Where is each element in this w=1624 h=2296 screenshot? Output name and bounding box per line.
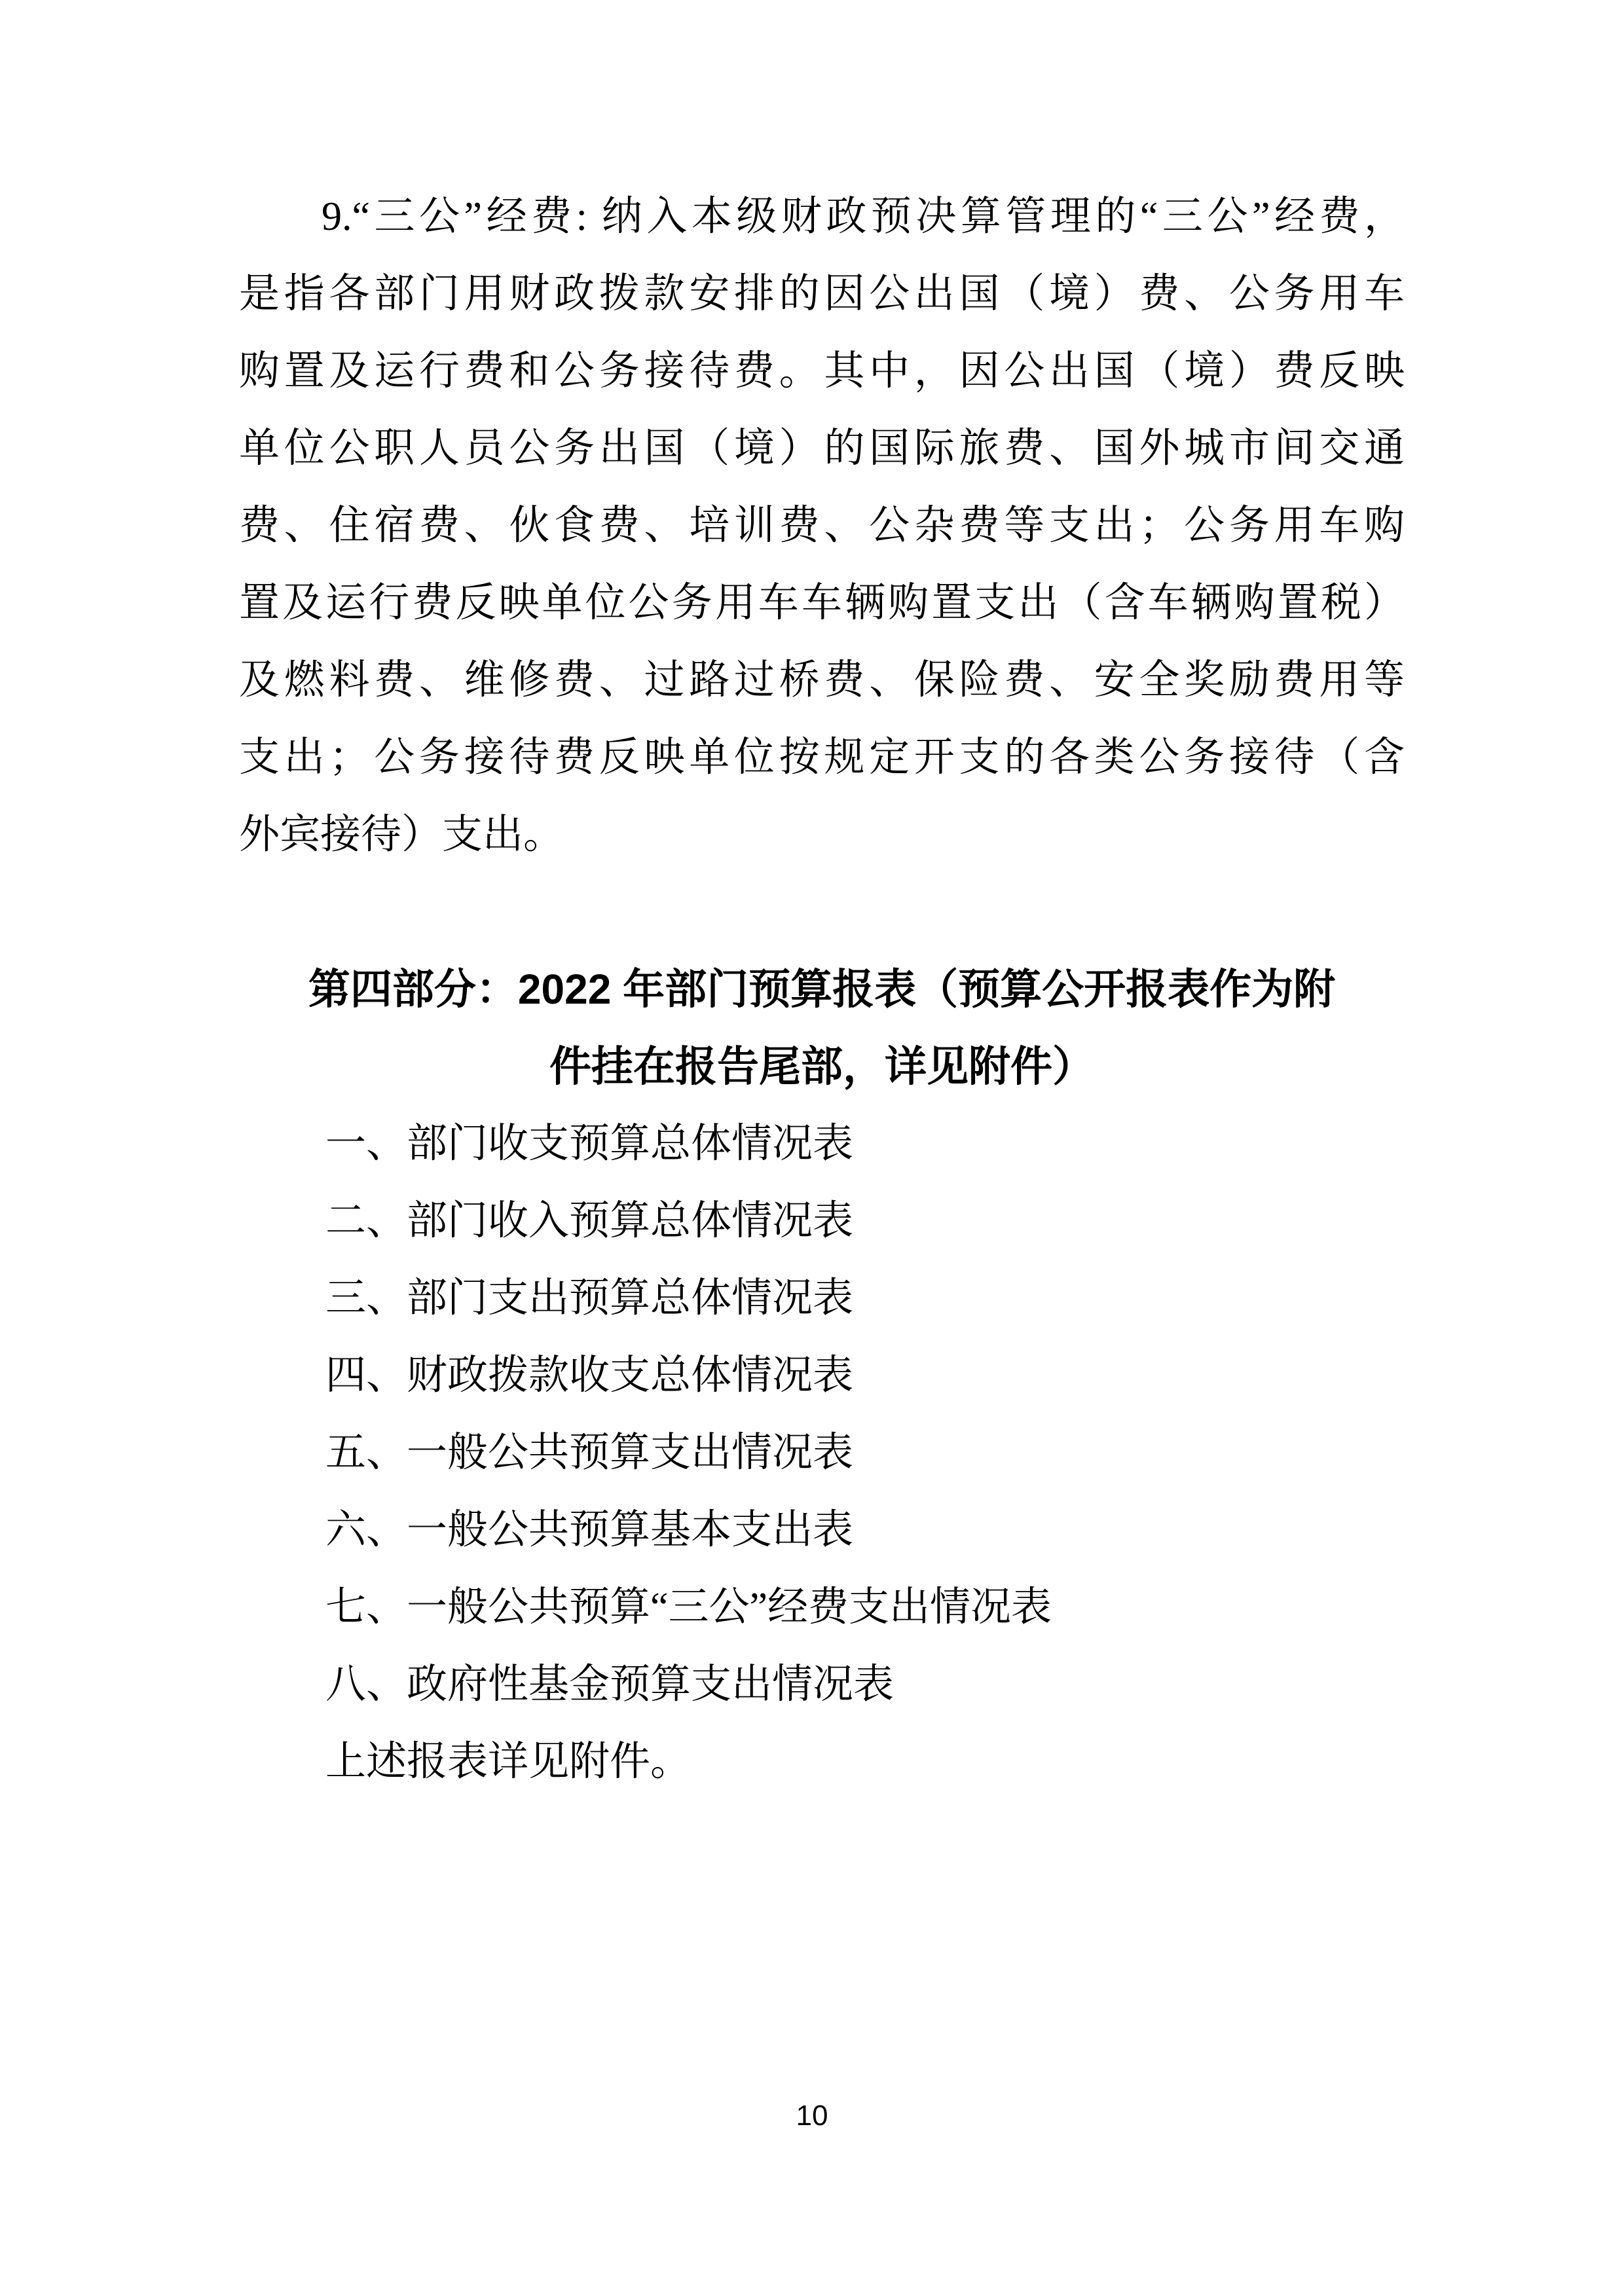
document-page: 9.“三公”经费: 纳入本级财政预决算管理的“三公”经费， 是指各部门用财政拨款… xyxy=(0,0,1624,2296)
list-item: 五、一般公共预算支出情况表 xyxy=(239,1414,1405,1491)
list-item: 六、一般公共预算基本支出表 xyxy=(239,1491,1405,1569)
paragraph-line: 是指各部门用财政拨款安排的因公出国（境）费、公务用车 xyxy=(239,255,1405,333)
paragraph-line: 及燃料费、维修费、过路过桥费、保险费、安全奖励费用等 xyxy=(239,642,1405,719)
paragraph-9-sangong-definition: 9.“三公”经费: 纳入本级财政预决算管理的“三公”经费， 是指各部门用财政拨款… xyxy=(239,178,1405,873)
list-item: 三、部门支出预算总体情况表 xyxy=(239,1260,1405,1337)
text-column: 9.“三公”经费: 纳入本级财政预决算管理的“三公”经费， 是指各部门用财政拨款… xyxy=(239,178,1405,1800)
section-4-heading-line-1: 第四部分：2022 年部门预算报表（预算公开报表作为附 xyxy=(239,951,1405,1028)
section-4-heading-line-2: 件挂在报告尾部，详见附件） xyxy=(239,1028,1405,1105)
list-closing-note: 上述报表详见附件。 xyxy=(239,1723,1405,1800)
page-number: 10 xyxy=(0,2100,1624,2132)
blank-line-gap xyxy=(239,873,1405,951)
budget-report-table-list: 一、部门收支预算总体情况表 二、部门收入预算总体情况表 三、部门支出预算总体情况… xyxy=(239,1105,1405,1800)
paragraph-line: 支出；公务接待费反映单位按规定开支的各类公务接待（含 xyxy=(239,719,1405,796)
list-item: 八、政府性基金预算支出情况表 xyxy=(239,1646,1405,1723)
section-4-heading: 第四部分：2022 年部门预算报表（预算公开报表作为附 件挂在报告尾部，详见附件… xyxy=(239,951,1405,1105)
list-item: 一、部门收支预算总体情况表 xyxy=(239,1105,1405,1182)
paragraph-line: 置及运行费反映单位公务用车车辆购置支出（含车辆购置税） xyxy=(239,564,1405,642)
paragraph-line: 外宾接待）支出。 xyxy=(239,796,1405,873)
paragraph-line: 9.“三公”经费: 纳入本级财政预决算管理的“三公”经费， xyxy=(239,178,1405,255)
list-item: 七、一般公共预算“三公”经费支出情况表 xyxy=(239,1569,1405,1646)
list-item: 二、部门收入预算总体情况表 xyxy=(239,1182,1405,1260)
paragraph-line: 单位公职人员公务出国（境）的国际旅费、国外城市间交通 xyxy=(239,410,1405,487)
list-item: 四、财政拨款收支总体情况表 xyxy=(239,1337,1405,1414)
paragraph-line: 费、住宿费、伙食费、培训费、公杂费等支出；公务用车购 xyxy=(239,487,1405,564)
paragraph-line: 购置及运行费和公务接待费。其中，因公出国（境）费反映 xyxy=(239,333,1405,410)
